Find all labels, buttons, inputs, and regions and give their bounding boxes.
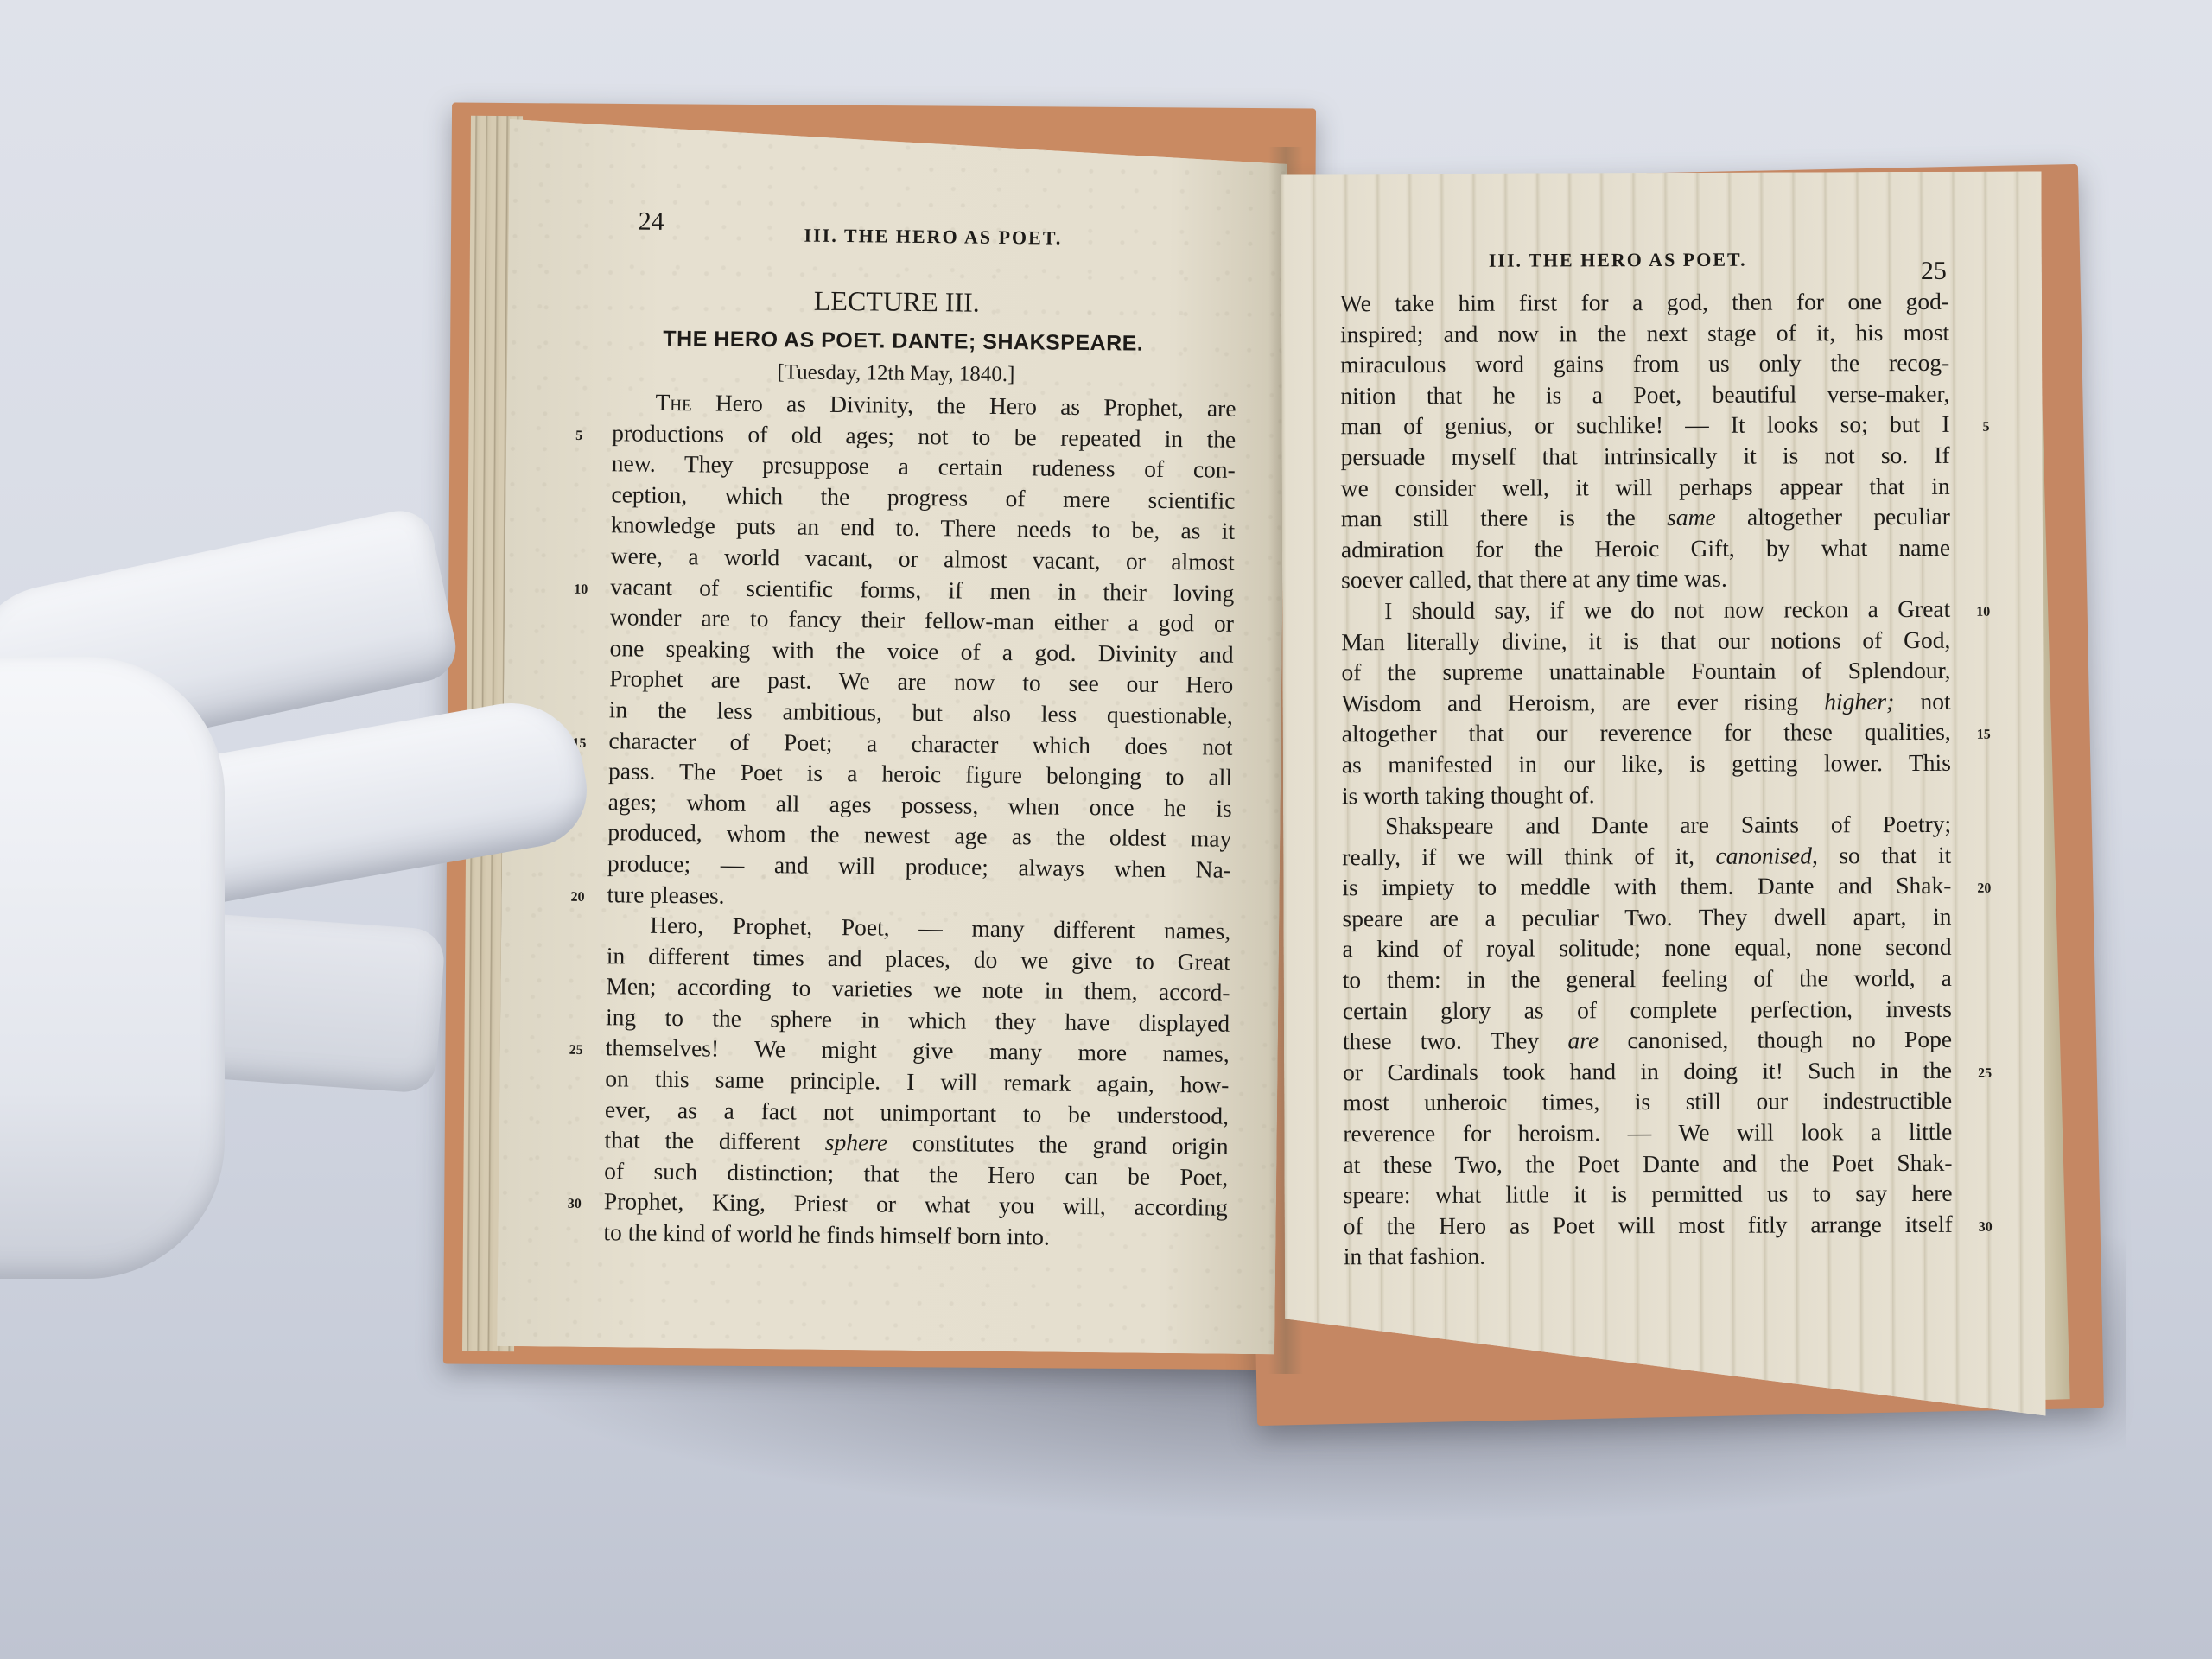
text-line: Man literally divine, it is that our not… [1341, 624, 1950, 657]
text-line: certain glory as of complete perfection,… [1343, 993, 1952, 1026]
text-line: at these Two, the Poet Dante and the Poe… [1343, 1147, 1952, 1179]
text-line: of the supreme unattainable Fountain of … [1341, 655, 1950, 688]
text-line: a kind of royal solitude; none equal, no… [1343, 931, 1952, 964]
text-line: in that fashion. [1344, 1239, 1953, 1272]
italic-emphasis: same [1667, 504, 1716, 531]
italic-emphasis: higher; [1824, 688, 1894, 715]
lecture-heading: LECTURE III. [508, 282, 1286, 321]
text-line: or Cardinals took hand in doing it! Such… [1343, 1055, 1952, 1088]
text-line: soever called, that there at any time wa… [1341, 563, 1950, 595]
left-page-body: The Hero as Divinity, the Hero as Prophe… [603, 386, 1236, 1254]
line-number: 20 [1977, 874, 1991, 905]
line-number: 10 [574, 574, 588, 605]
text-line: persuade myself that intrinsically it is… [1341, 440, 1950, 473]
line-number: 25 [569, 1035, 583, 1066]
line-number: 5 [1982, 412, 1989, 443]
text-line: Shakspeare and Dante are Saints of Poetr… [1342, 809, 1951, 842]
drop-smallcaps: The [655, 389, 715, 416]
text-line: to them: in the general feeling of the w… [1343, 963, 1952, 995]
text-line: nition that he is a Poet, beautiful vers… [1340, 378, 1949, 411]
text-line: inspired; and now in the next stage of i… [1340, 316, 1949, 349]
text-line: We take him first for a god, then for on… [1340, 286, 1949, 319]
italic-emphasis: sphere [825, 1128, 888, 1156]
text-line: to the kind of world he finds himself bo… [603, 1217, 1227, 1254]
right-page-body: We take him first for a god, then for on… [1340, 286, 1953, 1272]
text-line: man still there is the same altogether p… [1341, 501, 1950, 534]
left-page: 24 III. THE HERO AS POET. LECTURE III. T… [497, 119, 1287, 1354]
text-line: is worth taking thought of. [1342, 778, 1951, 810]
text-line: reverence for heroism. — We will look a … [1343, 1116, 1952, 1149]
text-line: I should say, if we do not now reckon a … [1341, 594, 1950, 626]
text-line: these two. They are canonised, though no… [1343, 1024, 1952, 1057]
text-line: speare are a peculiar Two. They dwell ap… [1342, 901, 1951, 934]
text-line: man of genius, or suchlike! — It looks s… [1340, 409, 1949, 442]
italic-emphasis: canonised, [1715, 842, 1817, 868]
text-line: most unheroic times, is still our indest… [1343, 1085, 1952, 1118]
line-number: 25 [1978, 1058, 1992, 1090]
line-number: 30 [568, 1189, 582, 1220]
text-line: is impiety to meddle with them. Dante an… [1342, 870, 1951, 903]
text-line: admiration for the Heroic Gift, by what … [1341, 532, 1950, 565]
text-line: we consider well, it will perhaps appear… [1341, 470, 1950, 503]
chapter-title: THE HERO AS POET. DANTE; SHAKSPEARE. [514, 325, 1292, 358]
text-line: altogether that our reverence for these … [1342, 716, 1951, 749]
line-number: 30 [1979, 1211, 1993, 1243]
line-number: 5 [575, 420, 582, 451]
text-line: Wisdom and Heroism, are ever rising high… [1342, 686, 1951, 719]
text-line: speare: what little it is permitted us t… [1344, 1178, 1953, 1211]
running-head: III. THE HERO AS POET. [804, 225, 1062, 250]
italic-emphasis: are [1567, 1027, 1599, 1054]
page-number: 24 [639, 207, 664, 237]
text-line: really, if we will think of it, canonise… [1342, 840, 1951, 873]
text-line: of the Hero as Poet will most fitly arra… [1344, 1209, 1953, 1242]
line-number: 15 [1977, 720, 1991, 751]
text-line: miraculous word gains from us only the r… [1340, 347, 1949, 380]
right-page: III. THE HERO AS POET. 25 We take him fi… [1281, 171, 2045, 1418]
text-line: as manifested in our like, is getting lo… [1342, 747, 1951, 780]
line-number: 20 [570, 881, 584, 912]
glove-palm [0, 657, 225, 1279]
running-head: III. THE HERO AS POET. [1489, 249, 1747, 272]
lecture-date: [Tuesday, 12th May, 1840.] [507, 358, 1285, 390]
line-number: 10 [1976, 597, 1990, 628]
page-number: 25 [1921, 257, 1947, 286]
